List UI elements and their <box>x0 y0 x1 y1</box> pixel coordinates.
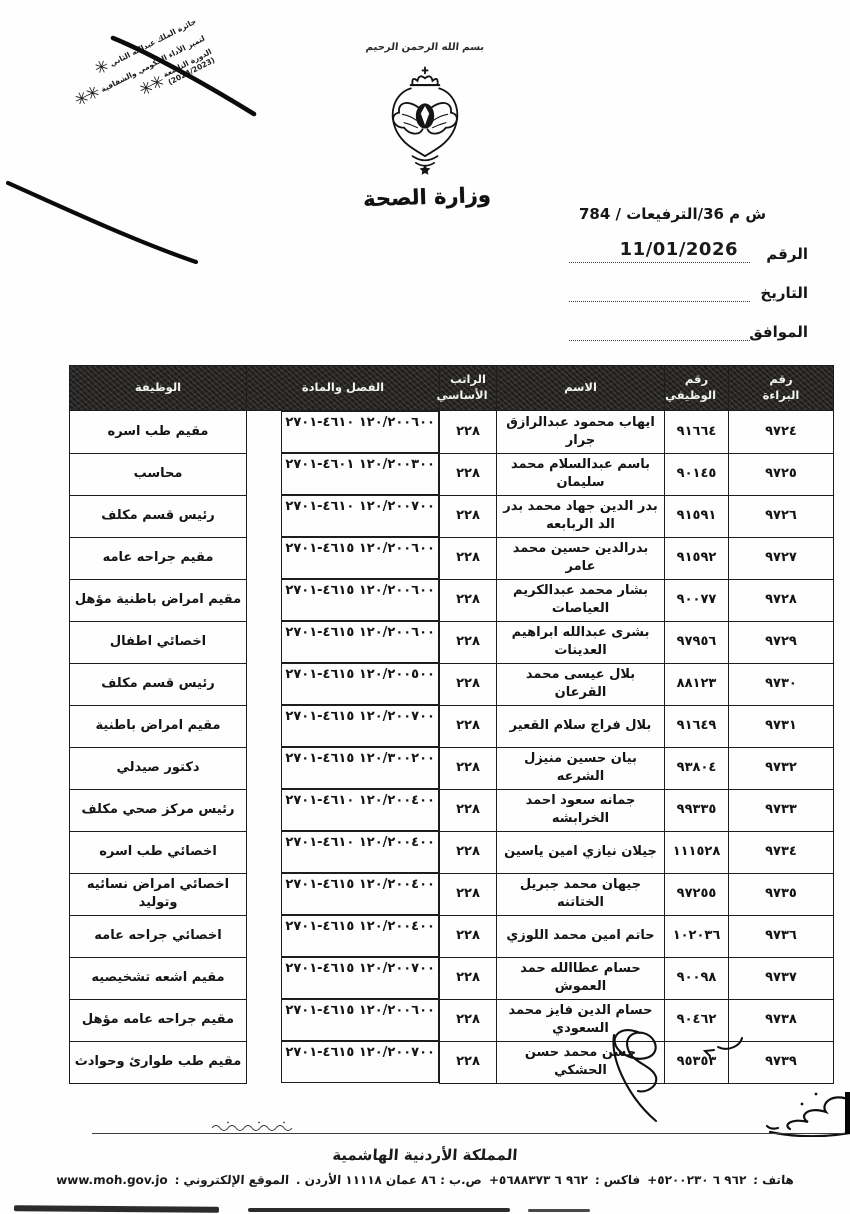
table-header-row: رقم البراءة رقم الوظيفي الاسم الراتب الأ… <box>70 366 834 411</box>
cell-decree-number: ٩٧٣٤ <box>729 831 834 873</box>
cell-decree-number: ٩٧٢٥ <box>729 453 834 495</box>
cell-decree-number: ٩٧٣٩ <box>729 1041 834 1083</box>
header-employee-number: رقم الوظيفي <box>665 366 729 411</box>
cell-decree-number: ٩٧٢٤ <box>729 411 834 454</box>
website-url: www.moh.gov.jo <box>56 1173 168 1187</box>
cell-name: بلال عيسى محمد القرعان <box>497 663 665 705</box>
table-row: ٩٧٢٦ ٩١٥٩١ بدر الدين جهاد محمد بدر الد ا… <box>70 495 834 537</box>
scan-edge-artifact <box>845 1092 850 1134</box>
cell-job-title: رئيس قسم مكلف <box>70 663 247 705</box>
cell-chapter-article: ١٢٠/٢٠٠٤٠٠ ٤٦١٥-٢٧٠١ <box>281 915 439 957</box>
cell-basic-salary: ٢٢٨ <box>440 663 497 705</box>
scan-smudge <box>528 1209 590 1212</box>
header-decree-number: رقم البراءة <box>729 366 834 411</box>
cell-employee-number: ٩٠٠٩٨ <box>665 957 729 999</box>
cell-name: حسام عطاالله حمد العموش <box>497 957 665 999</box>
cell-name: حسن محمد حسن الحشكي <box>497 1041 665 1083</box>
table-row: ٩٧٣٤ ١١١٥٢٨ جيلان نيازي امين ياسين ٢٢٨ ١… <box>70 831 834 873</box>
bismillah-calligraphy: بسم الله الرحمن الرحيم <box>349 42 500 53</box>
cell-name: جمانه سعود احمد الخرابشه <box>497 789 665 831</box>
date-dotted-line <box>569 281 750 302</box>
cell-basic-salary: ٢٢٨ <box>440 537 497 579</box>
table-row: ٩٧٣٣ ٩٩٣٣٥ جمانه سعود احمد الخرابشه ٢٢٨ … <box>70 789 834 831</box>
reference-number-line: ش م 36/الترفيعات / 784 <box>563 205 808 223</box>
cell-name: حسام الدين فايز محمد السعودي <box>497 999 665 1041</box>
cell-decree-number: ٩٧٣٧ <box>729 957 834 999</box>
cell-basic-salary: ٢٢٨ <box>440 621 497 663</box>
header-job-title: الوظيفة <box>70 366 247 411</box>
cell-chapter-article: ١٢٠/٢٠٠٣٠٠ ٤٦٠١-٢٧٠١ <box>281 453 439 495</box>
scan-smudge <box>14 1205 219 1212</box>
table-row: ٩٧٣١ ٩١٦٤٩ بلال فراج سلام القعير ٢٢٨ ١٢٠… <box>70 705 834 747</box>
cell-job-title: مقيم امراض باطنية <box>70 705 247 747</box>
cell-employee-number: ٩٣٨٠٤ <box>665 747 729 789</box>
cell-chapter-article: ١٢٠/٣٠٠٢٠٠ ٤٦١٥-٢٧٠١ <box>281 747 439 789</box>
cell-employee-number: ٩٠١٤٥ <box>665 453 729 495</box>
footer-divider <box>92 1133 848 1134</box>
reference-block: ش م 36/الترفيعات / 784 الرقم 11/01/2026 … <box>563 205 808 354</box>
cell-job-title: اخصائي اطفال <box>70 621 247 663</box>
cell-name: بلال فراج سلام القعير <box>497 705 665 747</box>
cell-job-title: مقيم طب اسره <box>70 411 247 454</box>
table-row: ٩٧٢٥ ٩٠١٤٥ باسم عبدالسلام محمد سليمان ٢٢… <box>70 453 834 495</box>
cell-chapter-article: ١٢٠/٢٠٠٦٠٠ ٤٦١٥-٢٧٠١ <box>281 537 439 579</box>
cell-decree-number: ٩٧٣٠ <box>729 663 834 705</box>
cell-employee-number: ٨٨١٢٣ <box>665 663 729 705</box>
header-chapter-article: الفصل والمادة <box>247 366 440 411</box>
phone-label: هاتف : <box>753 1173 794 1187</box>
cell-chapter-article: ١٢٠/٢٠٠٧٠٠ ٤٦١٥-٢٧٠١ <box>281 705 439 747</box>
cell-chapter-article: ١٢٠/٢٠٠٦٠٠ ٤٦١٥-٢٧٠١ <box>281 999 439 1041</box>
cell-job-title: مقيم جراحه عامه <box>70 537 247 579</box>
cell-decree-number: ٩٧٣٢ <box>729 747 834 789</box>
cell-decree-number: ٩٧٣١ <box>729 705 834 747</box>
cell-basic-salary: ٢٢٨ <box>440 957 497 999</box>
cell-decree-number: ٩٧٣٨ <box>729 999 834 1041</box>
cell-employee-number: ٩١٦٦٤ <box>665 411 729 454</box>
cell-employee-number: ٩٠٤٦٢ <box>665 999 729 1041</box>
cell-job-title: مقيم جراحه عامه مؤهل <box>70 999 247 1041</box>
scanned-document-page: جائزة الملك عبدالله الثاني ✳ لتميز الأدا… <box>0 0 850 1214</box>
corresponding-dotted-line <box>569 320 750 341</box>
cell-basic-salary: ٢٢٨ <box>440 453 497 495</box>
number-row: الرقم 11/01/2026 <box>563 237 808 263</box>
website-label: الموقع الإلكتروني : <box>174 1173 289 1187</box>
phone-number: +٩٦٢ ٦ ٥٢٠٠٢٣٠ <box>647 1173 747 1187</box>
number-label: الرقم <box>750 245 808 263</box>
table-row: ٩٧٢٧ ٩١٥٩٢ بدرالدين حسين محمد عامر ٢٢٨ ١… <box>70 537 834 579</box>
cell-basic-salary: ٢٢٨ <box>440 873 497 915</box>
cell-chapter-article: ١٢٠/٢٠٠٤٠٠ ٤٦١٥-٢٧٠١ <box>281 873 439 915</box>
cell-job-title: رئيس قسم مكلف <box>70 495 247 537</box>
cell-basic-salary: ٢٢٨ <box>440 999 497 1041</box>
cell-employee-number: ٩١٦٤٩ <box>665 705 729 747</box>
cell-job-title: دكتور صيدلي <box>70 747 247 789</box>
cell-basic-salary: ٢٢٨ <box>440 789 497 831</box>
cell-chapter-article: ١٢٠/٢٠٠٦٠٠ ٤٦١٥-٢٧٠١ <box>281 579 439 621</box>
header-basic-salary: الراتب الأساسي <box>440 366 497 411</box>
header-name: الاسم <box>497 366 665 411</box>
cell-basic-salary: ٢٢٨ <box>440 495 497 537</box>
cell-job-title: رئيس مركز صحي مكلف <box>70 789 247 831</box>
cell-employee-number: ٩٠٠٧٧ <box>665 579 729 621</box>
table-row: ٩٧٣٠ ٨٨١٢٣ بلال عيسى محمد القرعان ٢٢٨ ١٢… <box>70 663 834 705</box>
jordan-coat-of-arms-icon <box>379 60 471 182</box>
cell-name: جيهان محمد جبريل الختاتنه <box>497 873 665 915</box>
cell-decree-number: ٩٧٣٥ <box>729 873 834 915</box>
pobox-text: ص.ب : ٨٦ عمان ١١١١٨ الأردن . <box>296 1173 483 1187</box>
cell-chapter-article: ١٢٠/٢٠٠٥٠٠ ٤٦١٥-٢٧٠١ <box>281 663 439 705</box>
date-row: التاريخ <box>563 276 808 302</box>
cell-decree-number: ٩٧٢٧ <box>729 537 834 579</box>
cell-chapter-article: ١٢٠/٢٠٠٧٠٠ ٤٦١٠-٢٧٠١ <box>281 495 439 537</box>
cell-job-title: اخصائي طب اسره <box>70 831 247 873</box>
cell-job-title: مقيم اشعه تشخيصيه <box>70 957 247 999</box>
fax-number: +٩٦٢ ٦ ٥٦٨٨٣٧٣ <box>489 1173 589 1187</box>
cell-job-title: مقيم طب طوارئ وحوادث <box>70 1041 247 1083</box>
cell-name: ايهاب محمود عبدالرازق جرار <box>497 411 665 454</box>
table-row: ٩٧٣٥ ٩٧٢٥٥ جيهان محمد جبريل الختاتنه ٢٢٨… <box>70 873 834 915</box>
cell-job-title: محاسب <box>70 453 247 495</box>
cell-chapter-article: ١٢٠/٢٠٠٤٠٠ ٤٦١٠-٢٧٠١ <box>281 789 439 831</box>
cell-decree-number: ٩٧٣٣ <box>729 789 834 831</box>
cell-basic-salary: ٢٢٨ <box>440 579 497 621</box>
table-row: ٩٧٣٢ ٩٣٨٠٤ بيان حسين منيزل الشرعه ٢٢٨ ١٢… <box>70 747 834 789</box>
cell-basic-salary: ٢٢٨ <box>440 705 497 747</box>
cell-name: بشرى عبدالله ابراهيم العدينات <box>497 621 665 663</box>
cell-name: باسم عبدالسلام محمد سليمان <box>497 453 665 495</box>
table-row: ٩٧٣٧ ٩٠٠٩٨ حسام عطاالله حمد العموش ٢٢٨ ١… <box>70 957 834 999</box>
ministry-of-health-title: وزارة الصحة <box>347 182 508 212</box>
cell-basic-salary: ٢٢٨ <box>440 915 497 957</box>
table-row: ٩٧٢٩ ٩٧٩٥٦ بشرى عبدالله ابراهيم العدينات… <box>70 621 834 663</box>
kingdom-title: المملكة الأردنية الهاشمية <box>0 1146 850 1164</box>
cell-decree-number: ٩٧٣٦ <box>729 915 834 957</box>
award-star-icon: ✳ <box>92 58 111 79</box>
cell-name: جيلان نيازي امين ياسين <box>497 831 665 873</box>
fax-label: فاكس : <box>595 1173 641 1187</box>
cell-job-title: اخصائي جراحه عامه <box>70 915 247 957</box>
award-stamp: جائزة الملك عبدالله الثاني ✳ لتميز الأدا… <box>27 13 218 149</box>
table-row: ٩٧٣٦ ١٠٢٠٣٦ حاتم امين محمد اللوزي ٢٢٨ ١٢… <box>70 915 834 957</box>
promotions-table-body: ٩٧٢٤ ٩١٦٦٤ ايهاب محمود عبدالرازق جرار ٢٢… <box>70 411 834 1084</box>
corresponding-row: الموافق <box>563 315 808 341</box>
cell-basic-salary: ٢٢٨ <box>440 411 497 454</box>
cell-chapter-article: ١٢٠/٢٠٠٧٠٠ ٤٦١٥-٢٧٠١ <box>281 1041 439 1083</box>
promotions-table: رقم البراءة رقم الوظيفي الاسم الراتب الأ… <box>69 365 834 1084</box>
scan-smudge <box>248 1208 510 1212</box>
cell-name: بشار محمد عبدالكريم العياصات <box>497 579 665 621</box>
cell-employee-number: ١١١٥٢٨ <box>665 831 729 873</box>
cell-employee-number: ٩٧٢٥٥ <box>665 873 729 915</box>
cell-job-title: اخصائي امراض نسائيه وتوليد <box>70 873 247 915</box>
cell-chapter-article: ١٢٠/٢٠٠٦٠٠ ٤٦١٠-٢٧٠١ <box>281 411 439 453</box>
cell-chapter-article: ١٢٠/٢٠٠٤٠٠ ٤٦١٠-٢٧٠١ <box>281 831 439 873</box>
cell-employee-number: ٩١٥٩٢ <box>665 537 729 579</box>
cell-decree-number: ٩٧٢٩ <box>729 621 834 663</box>
cell-employee-number: ١٠٢٠٣٦ <box>665 915 729 957</box>
cell-name: بدرالدين حسين محمد عامر <box>497 537 665 579</box>
handwritten-date-value: 11/01/2026 <box>620 239 738 260</box>
cell-employee-number: ٩١٥٩١ <box>665 495 729 537</box>
table-row: ٩٧٣٨ ٩٠٤٦٢ حسام الدين فايز محمد السعودي … <box>70 999 834 1041</box>
handwritten-note <box>758 1082 850 1137</box>
table-row: ٩٧٢٤ ٩١٦٦٤ ايهاب محمود عبدالرازق جرار ٢٢… <box>70 411 834 454</box>
cell-name: بيان حسين منيزل الشرعه <box>497 747 665 789</box>
cell-basic-salary: ٢٢٨ <box>440 747 497 789</box>
cell-employee-number: ٩٧٩٥٦ <box>665 621 729 663</box>
cell-employee-number: ٩٩٣٣٥ <box>665 789 729 831</box>
illegible-fine-print <box>210 1120 305 1132</box>
cell-decree-number: ٩٧٢٨ <box>729 579 834 621</box>
cell-name: بدر الدين جهاد محمد بدر الد الربابعه <box>497 495 665 537</box>
cell-decree-number: ٩٧٢٦ <box>729 495 834 537</box>
date-label: التاريخ <box>750 284 808 302</box>
cell-chapter-article: ١٢٠/٢٠٠٧٠٠ ٤٦١٥-٢٧٠١ <box>281 957 439 999</box>
cell-job-title: مقيم امراض باطنية مؤهل <box>70 579 247 621</box>
corresponding-label: الموافق <box>750 323 808 341</box>
cell-employee-number: ٩٥٣٥٣ <box>665 1041 729 1083</box>
promotions-table-wrap: رقم البراءة رقم الوظيفي الاسم الراتب الأ… <box>70 365 834 1084</box>
cell-name: حاتم امين محمد اللوزي <box>497 915 665 957</box>
cell-basic-salary: ٢٢٨ <box>440 1041 497 1083</box>
table-row: ٩٧٢٨ ٩٠٠٧٧ بشار محمد عبدالكريم العياصات … <box>70 579 834 621</box>
footer-contact-line: هاتف : +٩٦٢ ٦ ٥٢٠٠٢٣٠ فاكس : +٩٦٢ ٦ ٥٦٨٨… <box>0 1173 850 1187</box>
table-row: ٩٧٣٩ ٩٥٣٥٣ حسن محمد حسن الحشكي ٢٢٨ ١٢٠/٢… <box>70 1041 834 1083</box>
cell-chapter-article: ١٢٠/٢٠٠٦٠٠ ٤٦١٥-٢٧٠١ <box>281 621 439 663</box>
cell-basic-salary: ٢٢٨ <box>440 831 497 873</box>
